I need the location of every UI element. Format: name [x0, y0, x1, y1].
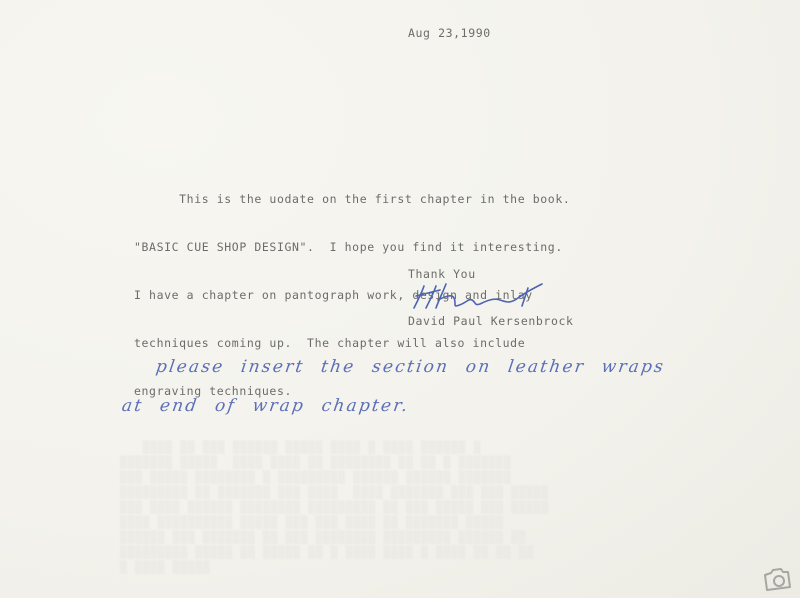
handwritten-note-line: at end of wrap chapter.	[121, 396, 411, 416]
body-line: "BASIC CUE SHOP DESIGN". I hope you find…	[134, 239, 570, 255]
body-line: This is the uodate on the first chapter …	[134, 191, 570, 207]
handwritten-note-line: please insert the section on leather wra…	[155, 357, 667, 377]
letter-closing: Thank You	[408, 266, 476, 282]
letter-page: Aug 23,1990 This is the uodate on the fi…	[0, 0, 800, 598]
signer-name: David Paul Kersenbrock	[408, 313, 574, 329]
bleed-through-text: ▒▒▒▒ ▒▒ ▒▒▒ ▒▒▒▒▒▒ ▒▒▒▒▒ ▒▒▒▒ ▒ ▒▒▒▒ ▒▒▒…	[120, 440, 549, 575]
signature-icon	[410, 282, 550, 312]
body-line: techniques coming up. The chapter will a…	[134, 335, 570, 351]
letter-date: Aug 23,1990	[408, 25, 491, 41]
camera-icon	[762, 568, 792, 592]
